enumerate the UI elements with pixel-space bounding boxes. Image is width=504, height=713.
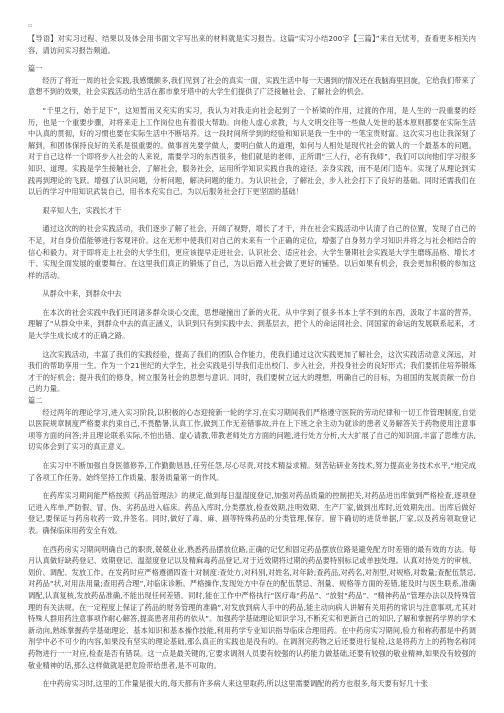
section-heading-1: 篇一 [28, 63, 476, 75]
subsection-title: 艰辛知人生，实践长才干 [28, 205, 476, 217]
paragraph: 在西药房实习期间明确自己的职责,兢兢业业,熟悉药品摆放位路,正确的记忆和固定药品… [28, 544, 476, 672]
paragraph: 这次实践活动，丰富了我们的实践经验，提高了我们的团队合作能力，使我们通过这次实践… [28, 349, 476, 395]
document-page: ▫ 【导语】对实习过程、结果以及体会用书面文字写出来的材料就是实习报告。这篇“实… [0, 0, 504, 690]
paragraph: 在本次的社会实践中我们还同诸多群众谈心交流，思想碰撞出了新的火花。从中学到了很多… [28, 307, 476, 342]
subsection-title: 从群众中来，到群众中去 [28, 288, 476, 300]
paragraph: “千里之行，始于足下”，这短暂而又充实的实习，我认为对我走向社会起到了一个桥梁的… [28, 105, 476, 198]
paragraph: 经过两年的理论学习,进入实习阶段,以积极的心态迎接新一轮的学习,在实习期间我们严… [28, 407, 476, 453]
paragraph: 在实习中不断加强自身医德修养,工作勤勤恳恳,任劳任怨,尽心尽责,对技术精益求精。… [28, 460, 476, 483]
section-heading-2: 篇二 [28, 395, 476, 407]
paragraph: 在中药房实习时,这里的工作量是很大的,每天都有许多病人来这里取药,所以这里需要调… [28, 678, 476, 690]
paragraph: 通过这次的的社会实践活动，我们逐步了解了社会，开阔了视野，增长了才干，并在社会实… [28, 223, 476, 281]
intro-paragraph: 【导语】对实习过程、结果以及体会用书面文字写出来的材料就是实习报告。这篇“实习小… [28, 33, 476, 56]
paragraph: 经历了将近一周的社会实践,我感慨颇多,我们见到了社会的真实一面，实践生活中每一天… [28, 75, 476, 98]
page-marker-icon: ▫ [28, 22, 476, 30]
paragraph: 在药库实习期间能严格按照《药品管理法》的规定,做到每日温湿度登记,加强对药品质量… [28, 490, 476, 536]
